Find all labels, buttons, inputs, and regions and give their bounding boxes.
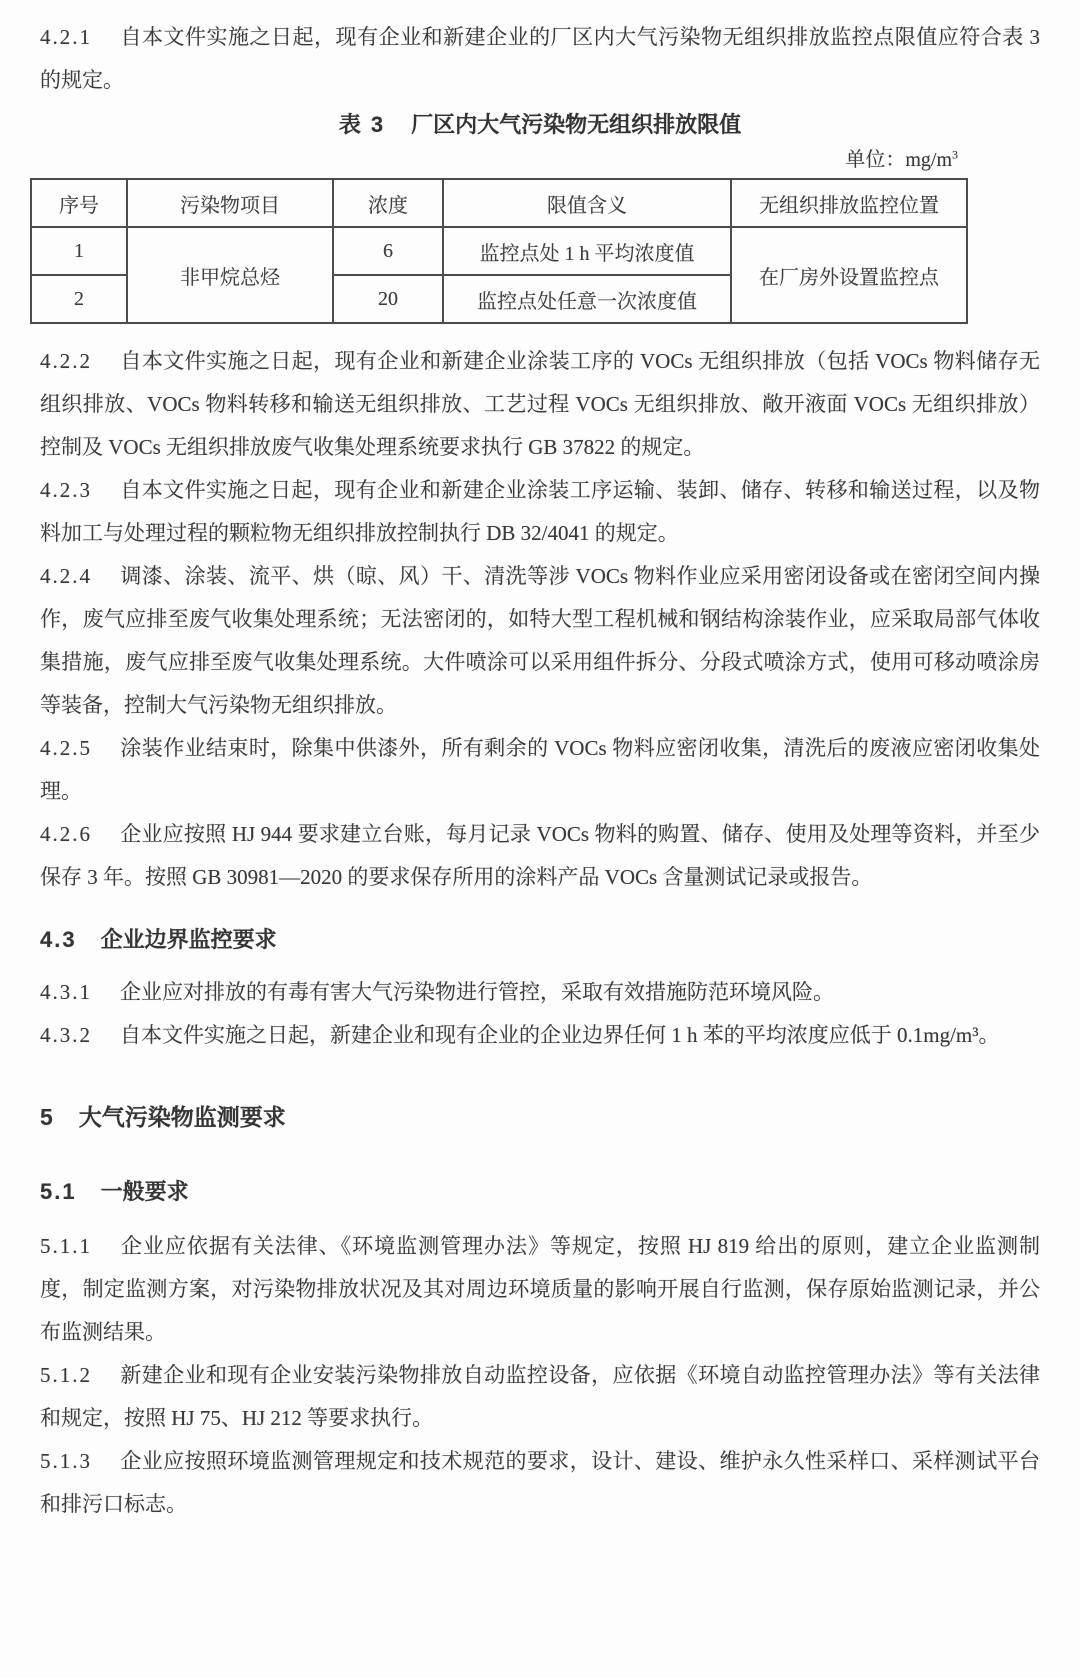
clause-text: 自本文件实施之日起，现有企业和新建企业涂装工序运输、装卸、储存、转移和输送过程，… <box>40 478 1040 545</box>
clause-text: 涂装作业结束时，除集中供漆外，所有剩余的 VOCs 物料应密闭收集，清洗后的废液… <box>40 736 1040 803</box>
header-no: 序号 <box>31 179 127 227</box>
clause-number: 4.2.4 <box>40 564 92 588</box>
clause-number: 5.1.2 <box>40 1363 92 1387</box>
section-heading-4-3: 4.3企业边界监控要求 <box>40 921 1040 959</box>
table-3-caption-number: 表 3 <box>339 112 385 137</box>
clause-text: 调漆、涂装、流平、烘（晾、风）干、清洗等涉 VOCs 物料作业应采用密闭设备或在… <box>40 564 1040 717</box>
unit-superscript: 3 <box>952 147 958 161</box>
table-3: 序号 污染物项目 浓度 限值含义 无组织排放监控位置 1 非甲烷总烃 6 监控点… <box>30 178 968 324</box>
clause-number: 4.2.3 <box>40 478 92 502</box>
clause-number: 4.3.1 <box>40 980 92 1004</box>
heading-number: 4.3 <box>40 927 77 952</box>
clause-text: 企业应依据有关法律、《环境监测管理办法》等规定，按照 HJ 819 给出的原则，… <box>40 1234 1040 1344</box>
clause-text: 自本文件实施之日起，新建企业和现有企业的企业边界任何 1 h 苯的平均浓度应低于… <box>120 1023 1000 1047</box>
clause-4-2-6: 4.2.6企业应按照 HJ 944 要求建立台账，每月记录 VOCs 物料的购置… <box>40 813 1040 899</box>
cell-pollutant: 非甲烷总烃 <box>127 227 333 323</box>
cell-meaning-1: 监控点处 1 h 平均浓度值 <box>443 227 731 275</box>
heading-text: 一般要求 <box>101 1179 189 1204</box>
clause-4-2-3: 4.2.3自本文件实施之日起，现有企业和新建企业涂装工序运输、装卸、储存、转移和… <box>40 469 1040 555</box>
section-heading-5-1: 5.1一般要求 <box>40 1173 1040 1211</box>
clause-number: 5.1.1 <box>40 1234 92 1258</box>
cell-location: 在厂房外设置监控点 <box>731 227 967 323</box>
heading-number: 5.1 <box>40 1179 77 1204</box>
header-location: 无组织排放监控位置 <box>731 179 967 227</box>
table-header-row: 序号 污染物项目 浓度 限值含义 无组织排放监控位置 <box>31 179 967 227</box>
clause-text: 企业应按照环境监测管理规定和技术规范的要求，设计、建设、维护永久性采样口、采样测… <box>40 1449 1040 1516</box>
table-3-caption-title: 厂区内大气污染物无组织排放限值 <box>411 112 741 137</box>
clause-number: 5.1.3 <box>40 1449 92 1473</box>
document-page: { "doc": { "p421": { "num": "4.2.1", "te… <box>0 0 1080 1678</box>
clause-text: 自本文件实施之日起，现有企业和新建企业涂装工序的 VOCs 无组织排放（包括 V… <box>40 349 1040 459</box>
cell-no-2: 2 <box>31 275 127 323</box>
clause-4-2-1: 4.2.1自本文件实施之日起，现有企业和新建企业的厂区内大气污染物无组织排放监控… <box>40 16 1040 102</box>
table-3-caption: 表 3厂区内大气污染物无组织排放限值 <box>40 106 1040 144</box>
header-concentration: 浓度 <box>333 179 443 227</box>
clause-4-2-4: 4.2.4调漆、涂装、流平、烘（晾、风）干、清洗等涉 VOCs 物料作业应采用密… <box>40 555 1040 727</box>
table-row: 1 非甲烷总烃 6 监控点处 1 h 平均浓度值 在厂房外设置监控点 <box>31 227 967 275</box>
clause-4-3-2: 4.3.2自本文件实施之日起，新建企业和现有企业的企业边界任何 1 h 苯的平均… <box>40 1014 1040 1057</box>
header-meaning: 限值含义 <box>443 179 731 227</box>
heading-text: 大气污染物监测要求 <box>79 1104 286 1130</box>
cell-concentration-1: 6 <box>333 227 443 275</box>
cell-no-1: 1 <box>31 227 127 275</box>
clause-number: 4.2.5 <box>40 736 92 760</box>
unit-text: 单位：mg/m <box>845 149 952 171</box>
clause-number: 4.3.2 <box>40 1023 92 1047</box>
clause-text: 自本文件实施之日起，现有企业和新建企业的厂区内大气污染物无组织排放监控点限值应符… <box>40 25 1040 92</box>
header-pollutant: 污染物项目 <box>127 179 333 227</box>
unit-label: 单位：mg/m3 <box>40 144 1040 176</box>
clause-number: 4.2.1 <box>40 25 92 49</box>
section-heading-5: 5大气污染物监测要求 <box>40 1097 1040 1137</box>
clause-5-1-3: 5.1.3企业应按照环境监测管理规定和技术规范的要求，设计、建设、维护永久性采样… <box>40 1440 1040 1526</box>
cell-meaning-2: 监控点处任意一次浓度值 <box>443 275 731 323</box>
clause-4-2-5: 4.2.5涂装作业结束时，除集中供漆外，所有剩余的 VOCs 物料应密闭收集，清… <box>40 727 1040 813</box>
clause-5-1-2: 5.1.2新建企业和现有企业安装污染物排放自动监控设备，应依据《环境自动监控管理… <box>40 1354 1040 1440</box>
clause-number: 4.2.2 <box>40 349 92 373</box>
clause-text: 企业应按照 HJ 944 要求建立台账，每月记录 VOCs 物料的购置、储存、使… <box>40 822 1040 889</box>
cell-concentration-2: 20 <box>333 275 443 323</box>
clause-4-2-2: 4.2.2自本文件实施之日起，现有企业和新建企业涂装工序的 VOCs 无组织排放… <box>40 340 1040 469</box>
clause-number: 4.2.6 <box>40 822 92 846</box>
heading-text: 企业边界监控要求 <box>101 927 277 952</box>
clause-text: 企业应对排放的有毒有害大气污染物进行管控，采取有效措施防范环境风险。 <box>120 980 834 1004</box>
clause-4-3-1: 4.3.1企业应对排放的有毒有害大气污染物进行管控，采取有效措施防范环境风险。 <box>40 971 1040 1014</box>
clause-5-1-1: 5.1.1企业应依据有关法律、《环境监测管理办法》等规定，按照 HJ 819 给… <box>40 1225 1040 1354</box>
heading-number: 5 <box>40 1104 55 1130</box>
clause-text: 新建企业和现有企业安装污染物排放自动监控设备，应依据《环境自动监控管理办法》等有… <box>40 1363 1040 1430</box>
